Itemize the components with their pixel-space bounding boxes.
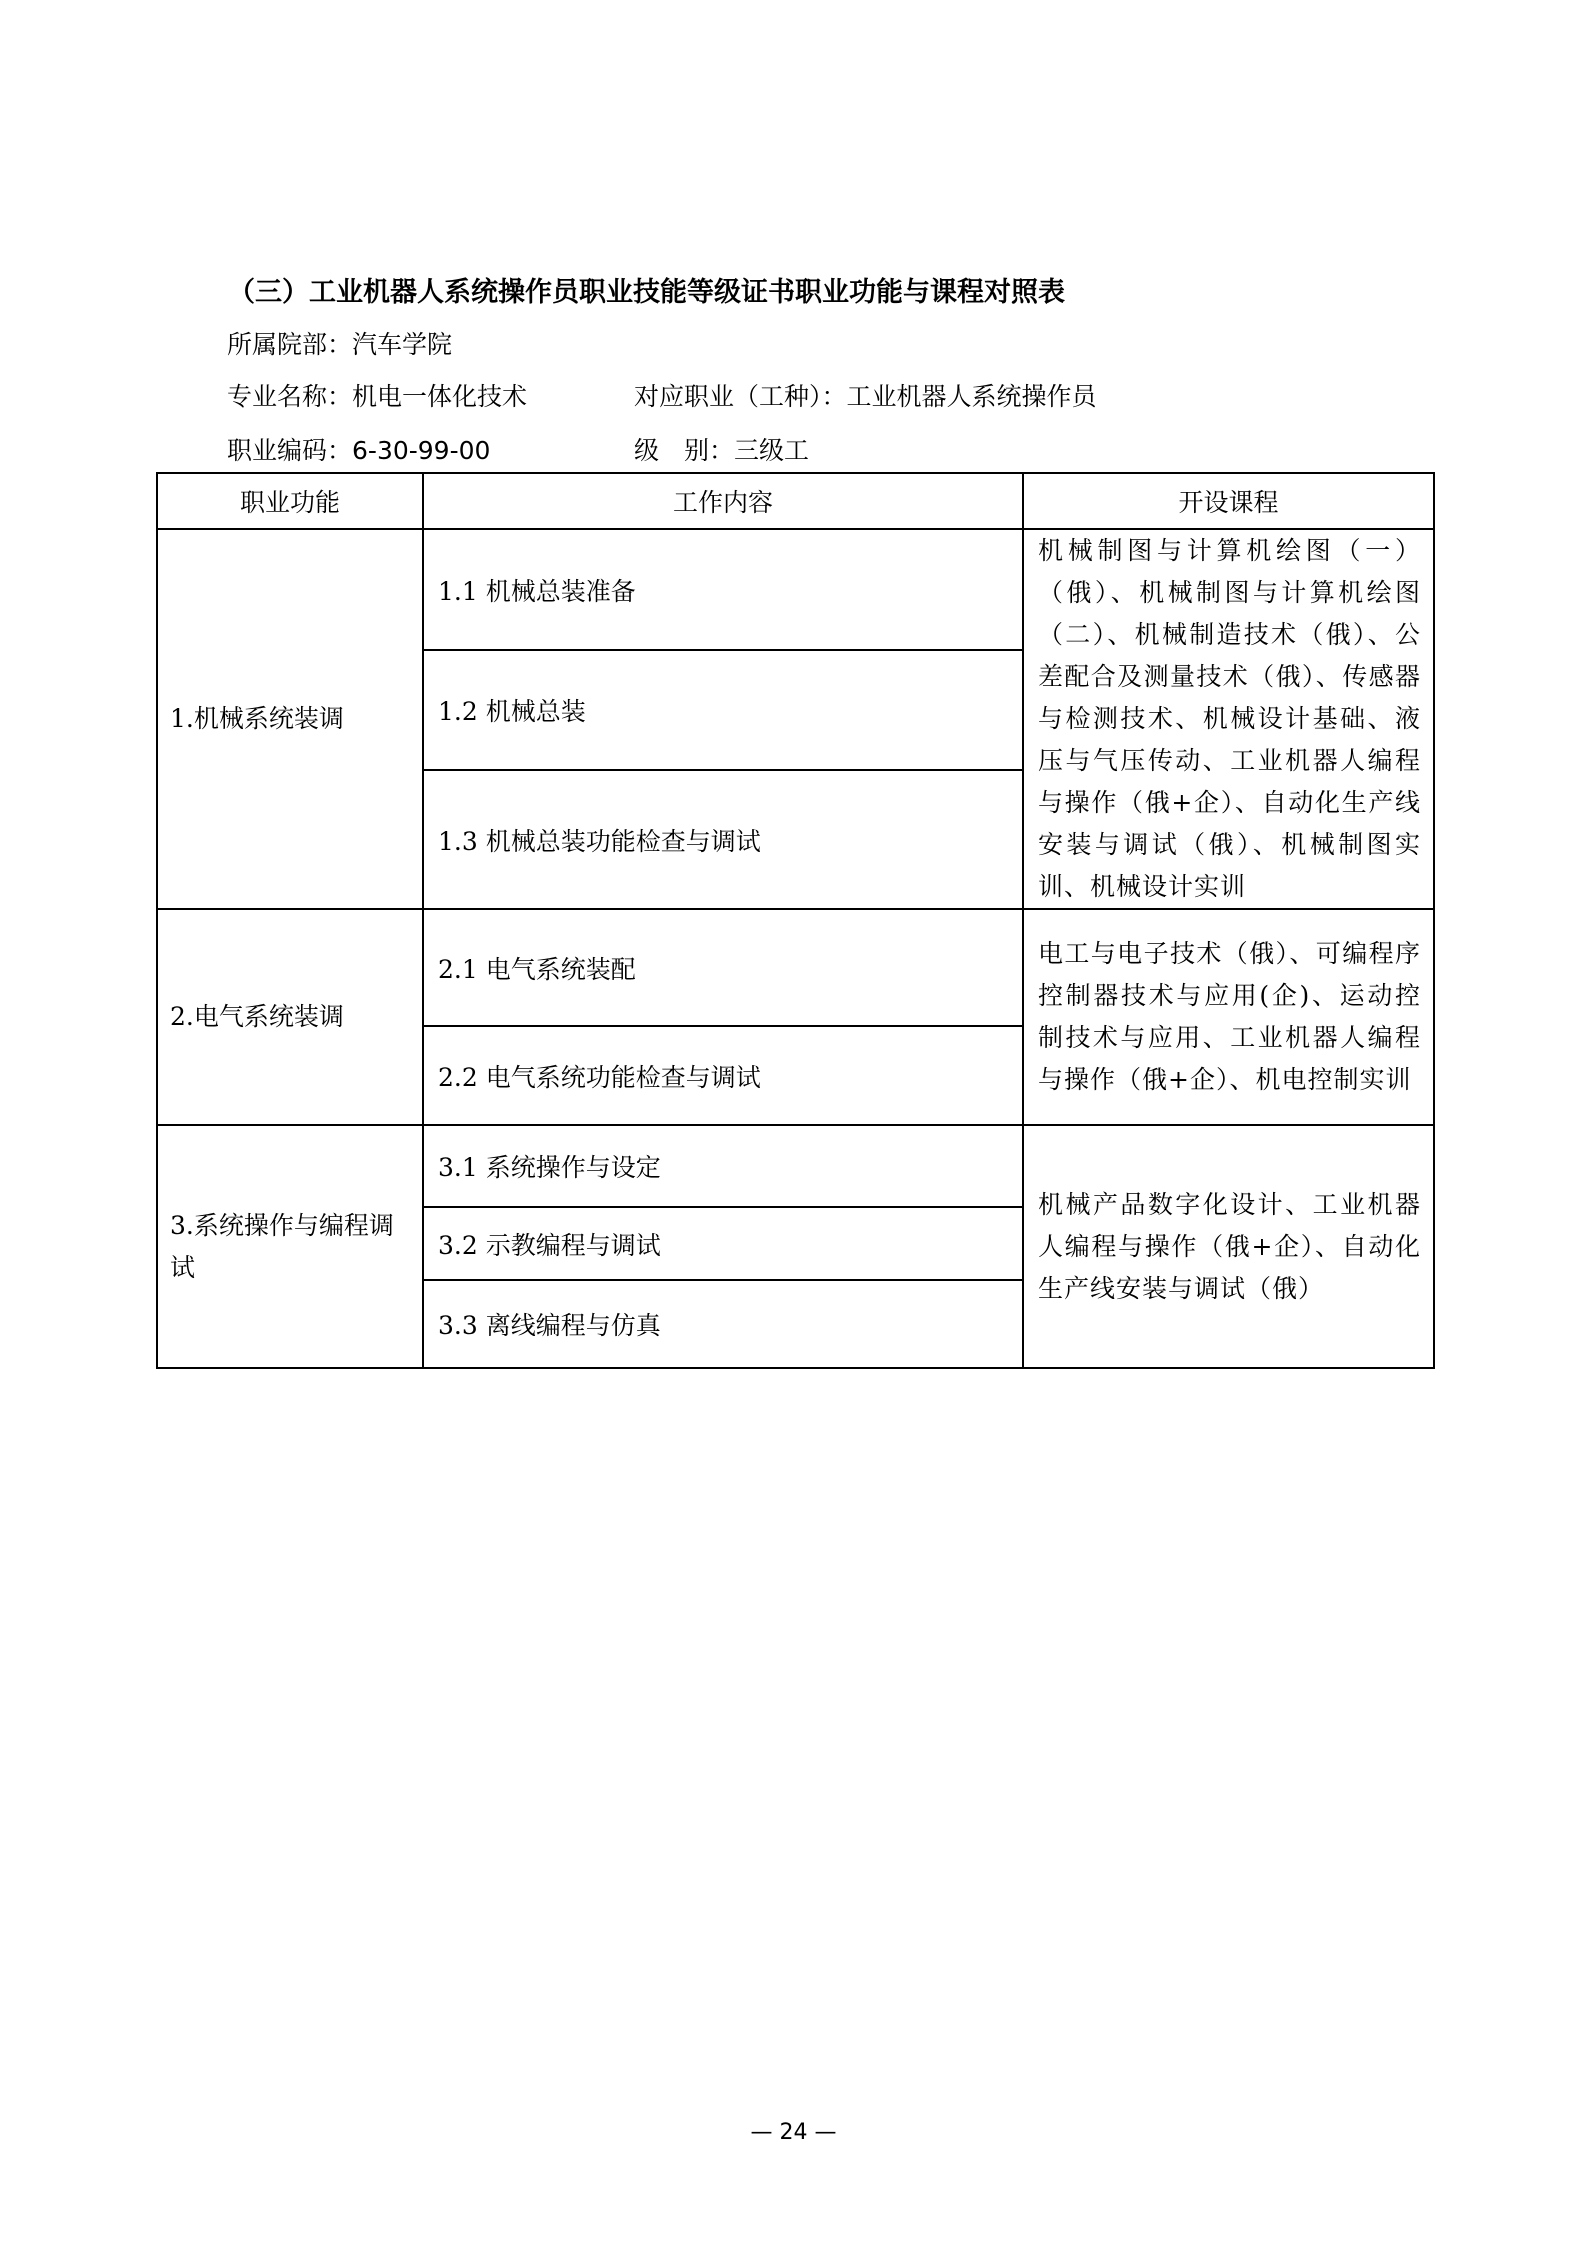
task-cell: 1.1 机械总装准备 (423, 529, 1023, 650)
table-header-row: 职业功能 工作内容 开设课程 (157, 473, 1434, 529)
occupation-value: 工业机器人系统操作员 (847, 382, 1097, 411)
occupation-line: 对应职业（工种）：工业机器人系统操作员 (634, 382, 1097, 412)
department-line: 所属院部：汽车学院 (227, 330, 452, 360)
level-label: 级 别： (634, 436, 734, 465)
code-value: 6-30-99-00 (352, 436, 490, 465)
header-function: 职业功能 (157, 473, 423, 529)
department-value: 汽车学院 (352, 330, 452, 359)
code-line: 职业编码：6-30-99-00 (227, 436, 490, 466)
function-course-table: 职业功能 工作内容 开设课程 1.机械系统装调 1.1 机械总装准备 机械制图与… (156, 472, 1435, 1369)
table-row: 3.系统操作与编程调试 3.1 系统操作与设定 机械产品数字化设计、工业机器人编… (157, 1125, 1434, 1207)
task-cell: 2.2 电气系统功能检查与调试 (423, 1026, 1023, 1125)
section-title: （三）工业机器人系统操作员职业技能等级证书职业功能与课程对照表 (228, 270, 1065, 309)
function-cell: 1.机械系统装调 (157, 529, 423, 909)
function-cell: 3.系统操作与编程调试 (157, 1125, 423, 1368)
courses-cell: 电工与电子技术（俄）、可编程序控制器技术与应用(企)、运动控制技术与应用、工业机… (1023, 909, 1434, 1125)
task-cell: 2.1 电气系统装配 (423, 909, 1023, 1026)
level-line: 级 别：三级工 (634, 436, 809, 466)
courses-cell: 机械制图与计算机绘图（一）（俄）、机械制图与计算机绘图（二）、机械制造技术（俄）… (1023, 529, 1434, 909)
header-courses: 开设课程 (1023, 473, 1434, 529)
level-value: 三级工 (734, 436, 809, 465)
function-cell: 2.电气系统装调 (157, 909, 423, 1125)
table-row: 1.机械系统装调 1.1 机械总装准备 机械制图与计算机绘图（一）（俄）、机械制… (157, 529, 1434, 650)
task-cell: 1.3 机械总装功能检查与调试 (423, 770, 1023, 909)
task-cell: 3.1 系统操作与设定 (423, 1125, 1023, 1207)
occupation-label: 对应职业（工种）： (634, 382, 847, 411)
page-number: — 24 — (0, 2120, 1587, 2145)
table-row: 2.电气系统装调 2.1 电气系统装配 电工与电子技术（俄）、可编程序控制器技术… (157, 909, 1434, 1026)
code-label: 职业编码： (227, 436, 352, 465)
major-line: 专业名称：机电一体化技术 (227, 382, 527, 412)
department-label: 所属院部： (227, 330, 352, 359)
task-cell: 3.2 示教编程与调试 (423, 1207, 1023, 1280)
task-cell: 3.3 离线编程与仿真 (423, 1280, 1023, 1368)
major-label: 专业名称： (227, 382, 352, 411)
header-work-content: 工作内容 (423, 473, 1023, 529)
major-value: 机电一体化技术 (352, 382, 527, 411)
task-cell: 1.2 机械总装 (423, 650, 1023, 770)
courses-cell: 机械产品数字化设计、工业机器人编程与操作（俄+企）、自动化生产线安装与调试（俄） (1023, 1125, 1434, 1368)
